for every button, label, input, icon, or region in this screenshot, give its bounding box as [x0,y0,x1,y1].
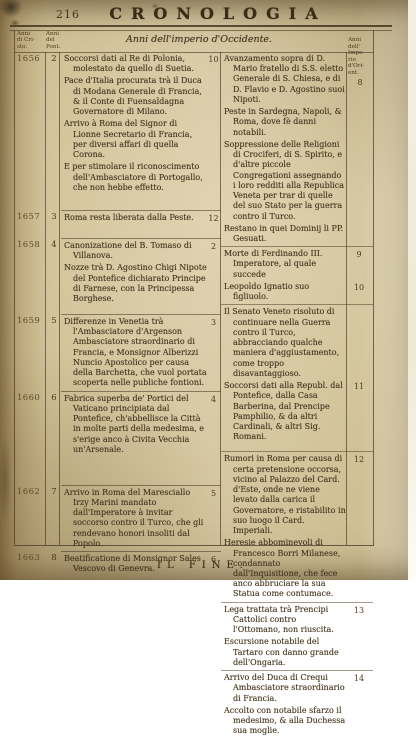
year-of-christ-value: 1658 [15,238,47,314]
entry-text: Arrivo in Roma del Maresciallo Irzy Mari… [64,488,207,549]
chronology-entry: Soccorsi dati alla Republ. dal Pontefice… [224,381,346,442]
western-empire-year-value [207,162,220,193]
western-empire-year-value: 3 [207,317,220,389]
entry-text: E per stimolare il riconoscimento dell'A… [64,162,207,193]
table-body: 16562Soccorsi dati al Re di Polonia, mol… [15,52,373,545]
column-rule [346,52,347,545]
chronology-entry: Leopoldo Ignatio suo figliuolo. [224,282,346,302]
row-entries: Roma resta liberata dalla Peste.12 [61,211,221,238]
row-body: Roma resta liberata dalla Peste.12 [61,210,221,238]
year-of-christ-value: 1656 [15,52,47,210]
entry-text: Morte di Ferdinando III. Imperatore, al … [224,249,346,280]
column-rule [220,52,221,545]
entry-text: Il Senato Veneto risoluto di continuare … [224,307,346,379]
row-entries: Arrivo in Roma del Maresciallo Irzy Mari… [61,486,221,551]
western-empire-year-value: 5 [207,488,220,549]
entry-text: Leopoldo Ignatio suo figliuolo. [224,282,346,302]
column-header-eastern-empire: Anni dell' Impe- rio d'Ori- ent. 8 [348,31,372,94]
left-column: 16562Soccorsi dati al Re di Polonia, mol… [15,52,221,545]
row-body: Differenze in Venetia trà l'Ambasciatore… [61,314,221,391]
entry-text: Differenze in Venetia trà l'Ambasciatore… [64,317,207,389]
chronology-entry: Arrivo in Roma del Maresciallo Irzy Mari… [64,488,220,549]
western-empire-year-value: 2 [207,241,220,261]
chronology-entry: Arrivo à Roma del Signor di Lionne Secre… [64,119,220,160]
row-entries: Soccorsi dati al Re di Polonia, molestat… [61,52,221,210]
footer-il-fine: IL FINE. [0,560,406,571]
year-of-christ-value: 1659 [15,314,47,391]
ink-smudge [0,0,28,22]
entry-text: Soccorsi dati al Re di Polonia, molestat… [64,54,207,74]
column-header-year-of-pope: Anni del Pont. [46,31,59,50]
row-body: Arrivo in Roma del Maresciallo Irzy Mari… [61,485,221,551]
chronology-entry: Restano in quei Dominij li PP. Gesuati. [224,224,346,244]
eastern-empire-year-value: 11 [351,381,367,391]
western-empire-year-value [207,119,220,160]
chronology-entry: Roma resta liberata dalla Peste.12 [64,213,220,223]
chronology-entry: Morte di Ferdinando III. Imperatore, al … [224,249,346,280]
eastern-empire-year-value: 12 [351,454,367,464]
chronology-row: 11Il Senato Veneto risoluto di continuar… [221,304,373,451]
entry-text: Restano in quei Dominij li PP. Gesuati. [224,224,346,244]
row-entries: Fabrica superba de' Portici del Vaticano… [61,392,221,485]
year-of-christ-value: 1662 [15,485,47,551]
chronology-entry: Peste in Sardegna, Napoli, & Roma, dove … [224,107,346,138]
book-page-scan: 216 CRONOLOGIA Anni di Cri- sto. Anni de… [0,0,416,580]
western-empire-year-value: 4 [207,394,220,455]
chronology-entry: E per stimolare il riconoscimento dell'A… [64,162,220,193]
entry-text: Fabrica superba de' Portici del Vaticano… [64,394,207,455]
entry-text: Peste in Sardegna, Napoli, & Roma, dove … [224,107,346,138]
entry-text: Soccorsi dati alla Republ. dal Pontefice… [224,381,346,442]
eastern-empire-year-value: 9 [351,249,367,259]
row-body: Canonizatione del B. Tomaso di Villanova… [61,238,221,314]
year-of-christ-value: 1660 [15,391,47,485]
chronology-entry: Pace d'Italia procurata trà il Duca di M… [64,76,220,117]
western-empire-year-value: 10 [207,54,220,74]
row-entries: Differenze in Venetia trà l'Ambasciatore… [61,315,221,391]
entry-text: Arrivo à Roma del Signor di Lionne Secre… [64,119,207,160]
entry-text: Soppressione delle Religioni di Crocifer… [224,140,346,222]
western-empire-year-value [207,76,220,117]
entry-text: Rumori in Roma per causa di certa preten… [224,454,346,536]
column-rule [59,52,60,545]
chronology-entry: Soppressione delle Religioni di Crocifer… [224,140,346,222]
chronology-entry: Canonizatione del B. Tomaso di Villanova… [64,241,220,261]
column-rule [45,52,46,545]
entry-text: Roma resta liberata dalla Peste. [64,213,207,223]
chronology-entry: Nozze trà D. Agostino Chigi Nipote del P… [64,263,220,304]
ink-smudge [0,420,14,540]
row-entries: Canonizatione del B. Tomaso di Villanova… [61,239,221,314]
chronology-entry: Differenze in Venetia trà l'Ambasciatore… [64,317,220,389]
chronology-row: 910Morte di Ferdinando III. Imperatore, … [221,246,373,304]
right-column: Avanzamento sopra di D. Mario fratello d… [221,52,373,545]
entry-text: Avanzamento sopra di D. Mario fratello d… [224,54,346,105]
entry-text: Pace d'Italia procurata trà il Duca di M… [64,76,207,117]
chronology-entry: Il Senato Veneto risoluto di continuare … [224,307,346,379]
chronology-entry: Soccorsi dati al Re di Polonia, molestat… [64,54,220,74]
page-number: 216 [56,8,80,21]
western-empire-year-value [207,263,220,304]
western-empire-year-value: 12 [207,213,220,223]
table-subtitle: Anni dell'imperio d'Occidente. [65,34,333,45]
eastern-empire-year-value: 8 [348,78,372,87]
page-title: CRONOLOGIA [80,4,356,23]
chronology-table: Anni di Cri- sto. Anni del Pont. Anni de… [14,30,374,546]
year-of-christ-value: 1657 [15,210,47,238]
eastern-empire-year-value: 10 [351,282,367,292]
scan-edge [408,0,416,580]
table-header-strip: Anni di Cri- sto. Anni del Pont. Anni de… [15,30,373,53]
entry-text: Nozze trà D. Agostino Chigi Nipote del P… [64,263,207,304]
entry-text: Canonizatione del B. Tomaso di Villanova… [64,241,207,261]
column-header-year-of-christ: Anni di Cri- sto. [17,31,45,50]
row-entries: Il Senato Veneto risoluto di continuare … [221,305,373,442]
chronology-entry: Avanzamento sopra di D. Mario fratello d… [224,54,346,105]
row-body: Fabrica superba de' Portici del Vaticano… [61,391,221,485]
chronology-entry: Rumori in Roma per causa di certa preten… [224,454,346,536]
row-body: Soccorsi dati al Re di Polonia, molestat… [61,52,221,210]
chronology-entry: Fabrica superba de' Portici del Vaticano… [64,394,220,455]
eastern-empire-header-label: Anni dell' Impe- rio d'Ori- ent. [348,37,364,75]
